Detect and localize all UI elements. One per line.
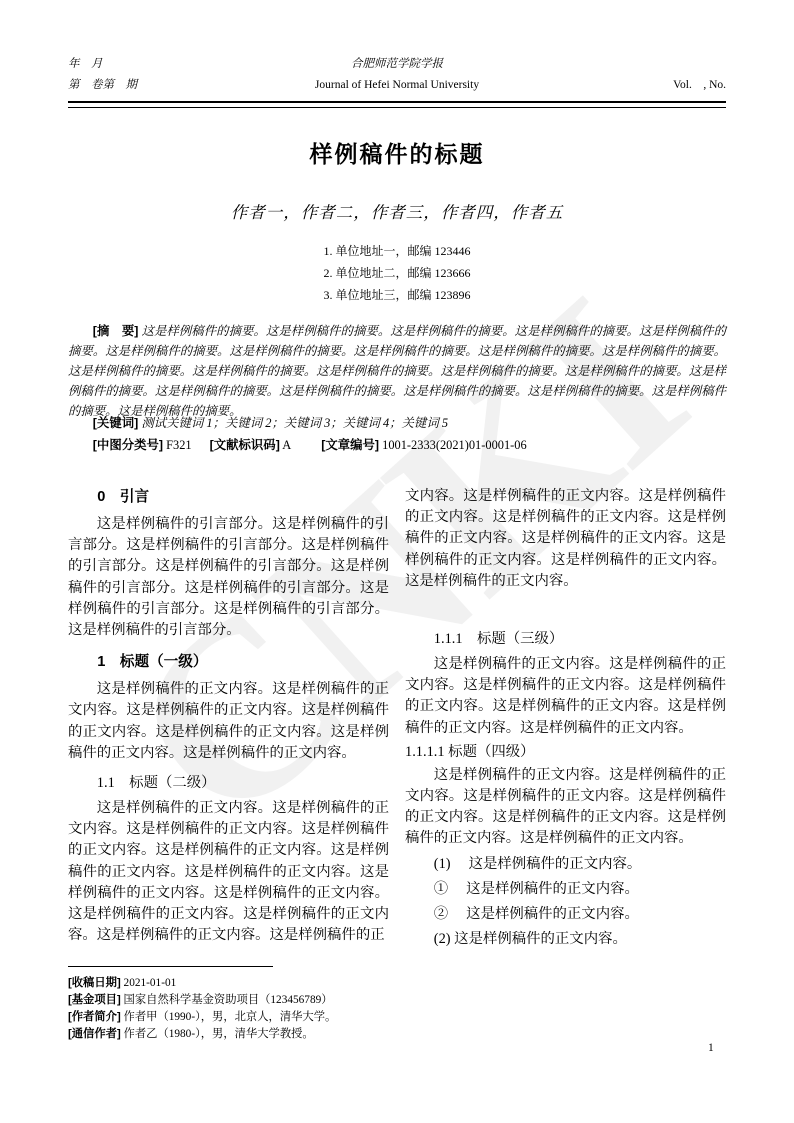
article-title: 样例稿件的标题 [0,136,794,169]
footnote-received-date: [收稿日期] 2021-01-01 [68,975,488,992]
section-heading-1-1-1-1: 1.1.1.1 标题（四级） [405,741,726,763]
vol-no: Vol. , No. [576,75,726,96]
section-1-1-paragraph-continued: 文内容。这是样例稿件的正文内容。这是样例稿件的正文内容。这是样例稿件的正文内容。… [405,486,726,592]
section-heading-1-1-1: 1.1.1 标题（三级） [405,628,726,650]
section-1-1-paragraph: 这是样例稿件的正文内容。这是样例稿件的正文内容。这是样例稿件的正文内容。这是样例… [68,798,389,946]
doc-code-value: A [282,438,291,452]
footnote-funding: [基金项目] 国家自然科学基金资助项目（123456789） [68,992,488,1009]
keywords-label: [关键词] [93,416,138,430]
header-row-1: 年 月 合肥师范学院学报 [68,54,726,75]
journal-article-page: CNKI 年 月 合肥师范学院学报 第 卷第 期 Journal of Hefe… [0,0,794,1123]
clc-label: [中图分类号] [93,438,163,452]
section-1-1-1-1-paragraph: 这是样例稿件的正文内容。这是样例稿件的正文内容。这是样例稿件的正文内容。这是样例… [405,765,726,850]
article-id-label: [文章编号] [321,438,379,452]
abstract-label: [摘 要] [93,324,139,338]
author-list: 作者一，作者二，作者三，作者四，作者五 [0,199,794,223]
author-bio-value: 作者甲（1990-），男，北京人，清华大学。 [124,1011,337,1023]
keywords-text: 测试关键词 1；关键词 2；关键词 3；关键词 4；关键词 5 [141,416,448,430]
section-1-1-1-paragraph: 这是样例稿件的正文内容。这是样例稿件的正文内容。这是样例稿件的正文内容。这是样例… [405,654,726,739]
section-heading-1-1: 1.1 标题（二级） [68,772,389,794]
clc-value: F321 [166,438,191,452]
affiliation-1: 1. 单位地址一，邮编 123446 [0,240,794,262]
received-date-value: 2021-01-01 [124,977,177,989]
right-column: 文内容。这是样例稿件的正文内容。这是样例稿件的正文内容。这是样例稿件的正文内容。… [405,486,726,950]
funding-label: [基金项目] [68,994,121,1006]
corresponding-author-label: [通信作者] [68,1028,121,1040]
list-item-circle-1: ① 这是样例稿件的正文内容。 [405,879,726,900]
list-item-circle-2: ② 这是样例稿件的正文内容。 [405,904,726,925]
left-column: 0 引言 这是样例稿件的引言部分。这是样例稿件的引言部分。这是样例稿件的引言部分… [68,486,389,950]
keywords-block: [关键词] 测试关键词 1；关键词 2；关键词 3；关键词 4；关键词 5 [68,413,726,431]
list-item-1: (1) 这是样例稿件的正文内容。 [405,854,726,875]
journal-title-cn: 合肥师范学院学报 [218,54,576,75]
affiliation-list: 1. 单位地址一，邮编 123446 2. 单位地址二，邮编 123666 3.… [0,240,794,306]
issue-date: 年 月 [68,54,218,75]
footnote-rule [68,966,273,967]
body-columns: 0 引言 这是样例稿件的引言部分。这是样例稿件的引言部分。这是样例稿件的引言部分… [68,486,726,950]
section-1-paragraph: 这是样例稿件的正文内容。这是样例稿件的正文内容。这是样例稿件的正文内容。这是样例… [68,679,389,764]
affiliation-2: 2. 单位地址二，邮编 123666 [0,262,794,284]
header-row-2: 第 卷第 期 Journal of Hefei Normal Universit… [68,75,726,96]
doc-code-label: [文献标识码] [210,438,280,452]
section-heading-0: 0 引言 [68,486,389,508]
journal-title-en: Journal of Hefei Normal University [218,75,576,96]
section-heading-1: 1 标题（一级） [68,651,389,673]
intro-paragraph: 这是样例稿件的引言部分。这是样例稿件的引言部分。这是样例稿件的引言部分。这是样例… [68,514,389,641]
page-number: 1 [708,1042,714,1054]
corresponding-author-value: 作者乙（1980-），男，清华大学教授。 [124,1028,314,1040]
list-item-2: (2) 这是样例稿件的正文内容。 [405,929,726,950]
classification-line: [中图分类号] F321[文献标识码] A[文章编号] 1001-2333(20… [68,435,726,453]
volume-issue: 第 卷第 期 [68,75,218,96]
abstract-text: 这是样例稿件的摘要。这是样例稿件的摘要。这是样例稿件的摘要。这是样例稿件的摘要。… [68,324,726,418]
header-double-rule [68,101,726,108]
funding-value: 国家自然科学基金资助项目（123456789） [124,994,333,1006]
abstract-block: [摘 要] 这是样例稿件的摘要。这是样例稿件的摘要。这是样例稿件的摘要。这是样例… [68,321,726,421]
author-bio-label: [作者简介] [68,1011,121,1023]
affiliation-3: 3. 单位地址三，邮编 123896 [0,284,794,306]
footnote-author-bio: [作者简介] 作者甲（1990-），男，北京人，清华大学。 [68,1009,488,1026]
footnote-block: [收稿日期] 2021-01-01 [基金项目] 国家自然科学基金资助项目（12… [68,966,488,1043]
footnote-corresponding-author: [通信作者] 作者乙（1980-），男，清华大学教授。 [68,1026,488,1043]
running-header: 年 月 合肥师范学院学报 第 卷第 期 Journal of Hefei Nor… [68,54,726,108]
article-id-value: 1001-2333(2021)01-0001-06 [382,438,527,452]
received-date-label: [收稿日期] [68,977,121,989]
